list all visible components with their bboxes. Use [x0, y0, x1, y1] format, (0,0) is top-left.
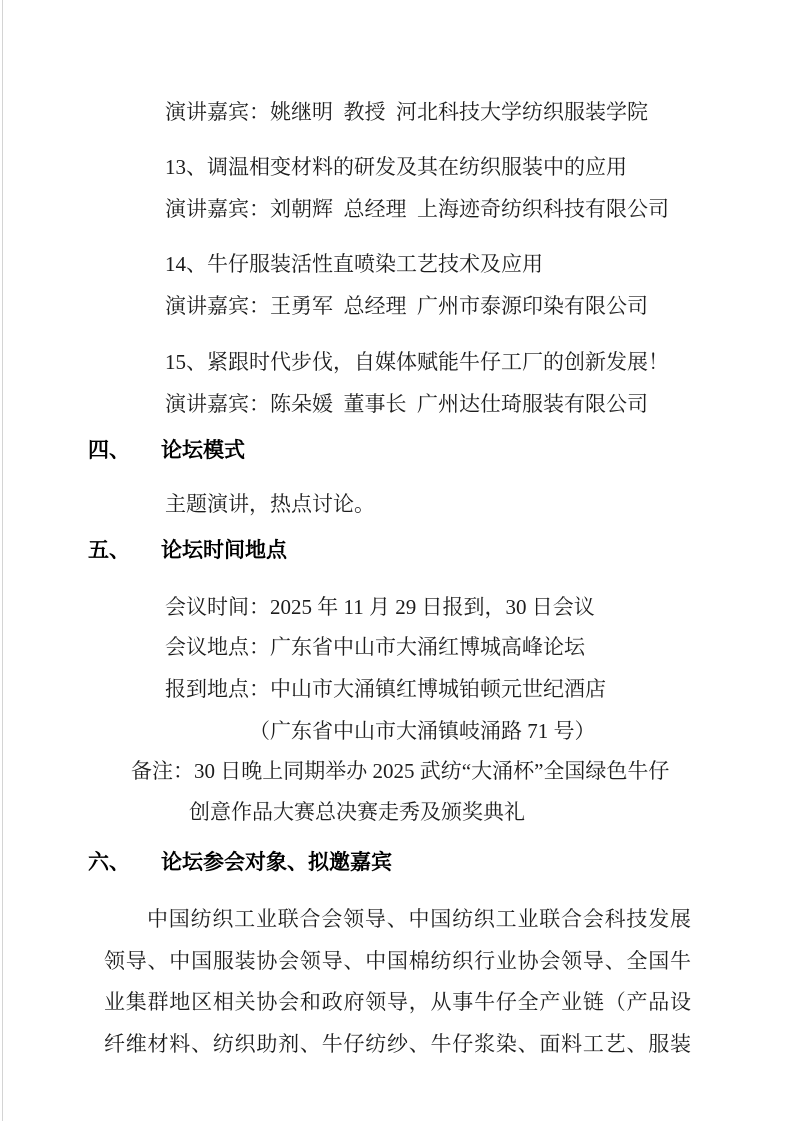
meeting-place-line: 会议地点：广东省中山市大涌红博城高峰论坛: [165, 635, 585, 659]
document-page: 演讲嘉宾：姚继明 教授 河北科技大学纺织服装学院 13、调温相变材料的研发及其在…: [0, 0, 795, 1121]
section-title: 论坛参会对象、拟邀嘉宾: [161, 850, 392, 876]
paragraph-line: 业集群地区相关协会和政府领导，从事牛仔全产业链（产品设计、: [104, 982, 691, 1024]
note-line-2: 创意作品大赛总决赛走秀及颁奖典礼: [189, 800, 525, 824]
section-title: 论坛模式: [161, 438, 245, 464]
speaker-line-item12: 演讲嘉宾：姚继明 教授 河北科技大学纺织服装学院: [165, 100, 648, 124]
paragraph-line: 领导、中国服装协会领导、中国棉纺织行业协会领导、全国牛仔产: [104, 941, 691, 983]
section-number: 四、: [88, 438, 130, 464]
participants-paragraph: 中国纺织工业联合会领导、中国纺织工业联合会科技发展部 领导、中国服装协会领导、中…: [104, 899, 691, 1065]
forum-mode-body: 主题演讲，热点讨论。: [165, 492, 375, 516]
paragraph-line: 中国纺织工业联合会领导、中国纺织工业联合会科技发展部: [104, 899, 691, 941]
section-number: 五、: [88, 538, 130, 564]
topic-line-item13: 13、调温相变材料的研发及其在纺织服装中的应用: [165, 155, 627, 179]
checkin-address-line: （广东省中山市大涌镇岐涌路 71 号）: [249, 719, 596, 743]
speaker-line-item15: 演讲嘉宾：陈朵媛 董事长 广州达仕琦服装有限公司: [165, 392, 648, 416]
topic-line-item14: 14、牛仔服装活性直喷染工艺技术及应用: [165, 252, 543, 276]
note-line-1: 备注：30 日晚上同期举办 2025 武纺“大涌杯”全国绿色牛仔: [131, 759, 669, 783]
speaker-line-item14: 演讲嘉宾：王勇军 总经理 广州市泰源印染有限公司: [165, 294, 648, 318]
section-heading-time-place: 五、 论坛时间地点: [88, 538, 287, 564]
checkin-place-line: 报到地点：中山市大涌镇红博城铂顿元世纪酒店: [165, 677, 606, 701]
section-number: 六、: [88, 850, 130, 876]
topic-line-item15: 15、紧跟时代步伐，自媒体赋能牛仔工厂的创新发展！: [165, 350, 669, 374]
speaker-line-item13: 演讲嘉宾：刘朝辉 总经理 上海迹奇纺织科技有限公司: [165, 197, 669, 221]
section-heading-participants: 六、 论坛参会对象、拟邀嘉宾: [88, 850, 392, 876]
meeting-time-line: 会议时间：2025 年 11 月 29 日报到，30 日会议: [165, 595, 595, 619]
paragraph-line: 纤维材料、纺织助剂、牛仔纺纱、牛仔浆染、面料工艺、服装加工、: [104, 1024, 691, 1066]
page-left-edge-line: [2, 0, 3, 1121]
section-heading-forum-mode: 四、 论坛模式: [88, 438, 245, 464]
section-title: 论坛时间地点: [161, 538, 287, 564]
